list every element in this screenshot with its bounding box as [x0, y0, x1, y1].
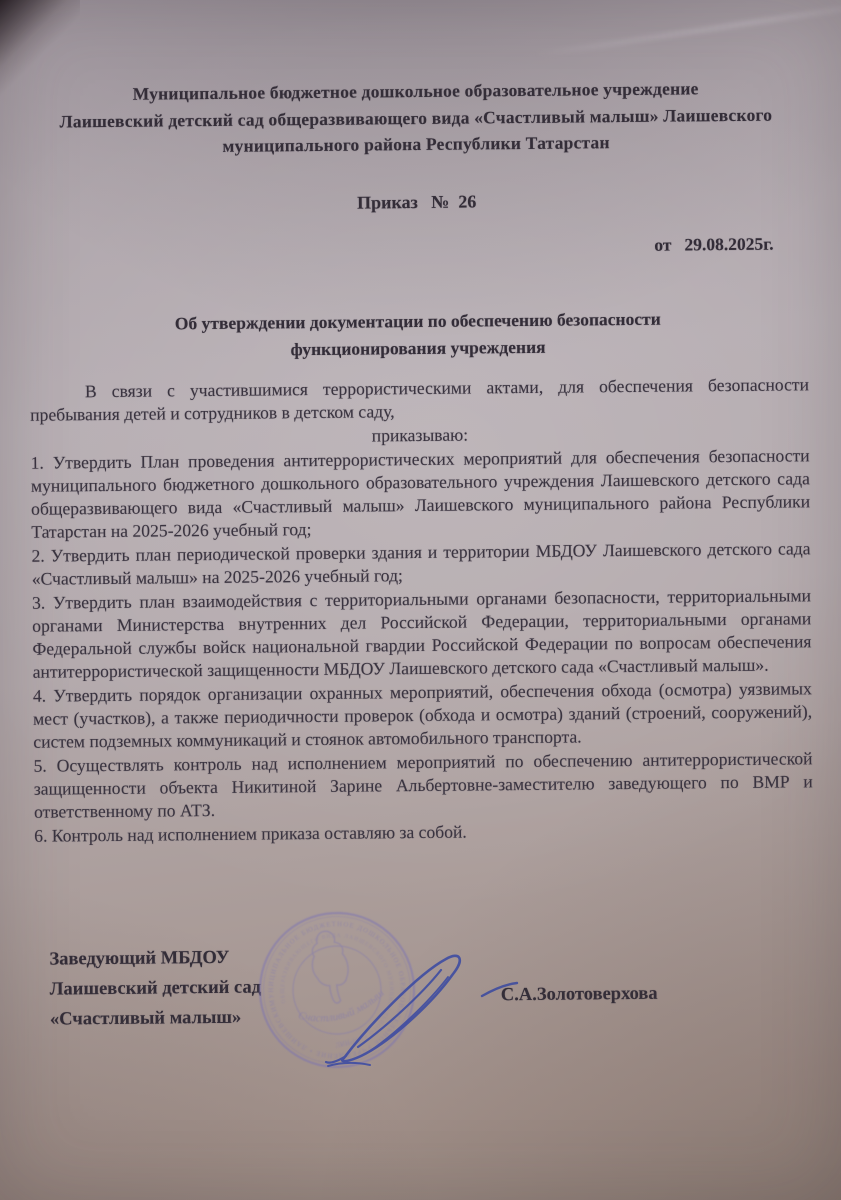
order-subject: Об утверждении документации по обеспечен… — [37, 304, 798, 365]
order-item-1: 1. Утвердить План проведения антитеррори… — [31, 444, 811, 543]
document-content: Муниципальное бюджетное дошкольное образ… — [0, 0, 841, 1200]
order-item-3: 3. Утвердить план взаимодействия с терри… — [32, 584, 812, 683]
signature-title-line2: Лаишевский детский сад — [50, 973, 262, 1005]
intro-paragraph: В связи с участившимися террористическим… — [30, 373, 809, 426]
order-item-5: 5. Осуществлять контроль над исполнением… — [33, 747, 813, 823]
signature-title-line1: Заведующий МБДОУ — [49, 943, 261, 975]
signer-name: С.А.Золотоверхова — [501, 984, 658, 1007]
order-date: от 29.08.2025г. — [654, 234, 774, 256]
signature-block: Заведующий МБДОУ Лаишевский детский сад … — [49, 943, 261, 1035]
signature-title-line3: «Счастливый малыш» — [50, 1003, 262, 1035]
order-item-2: 2. Утвердить план периодической проверки… — [31, 537, 810, 590]
org-header: Муниципальное бюджетное дошкольное образ… — [35, 74, 797, 161]
photo-corner-shadow — [0, 0, 80, 100]
order-item-4: 4. Утвердить порядок организации охранны… — [33, 677, 813, 753]
order-body: В связи с участившимися террористическим… — [30, 373, 813, 848]
scanned-order-document: Муниципальное бюджетное дошкольное образ… — [0, 0, 841, 1200]
order-number: Приказ № 26 — [0, 188, 837, 217]
